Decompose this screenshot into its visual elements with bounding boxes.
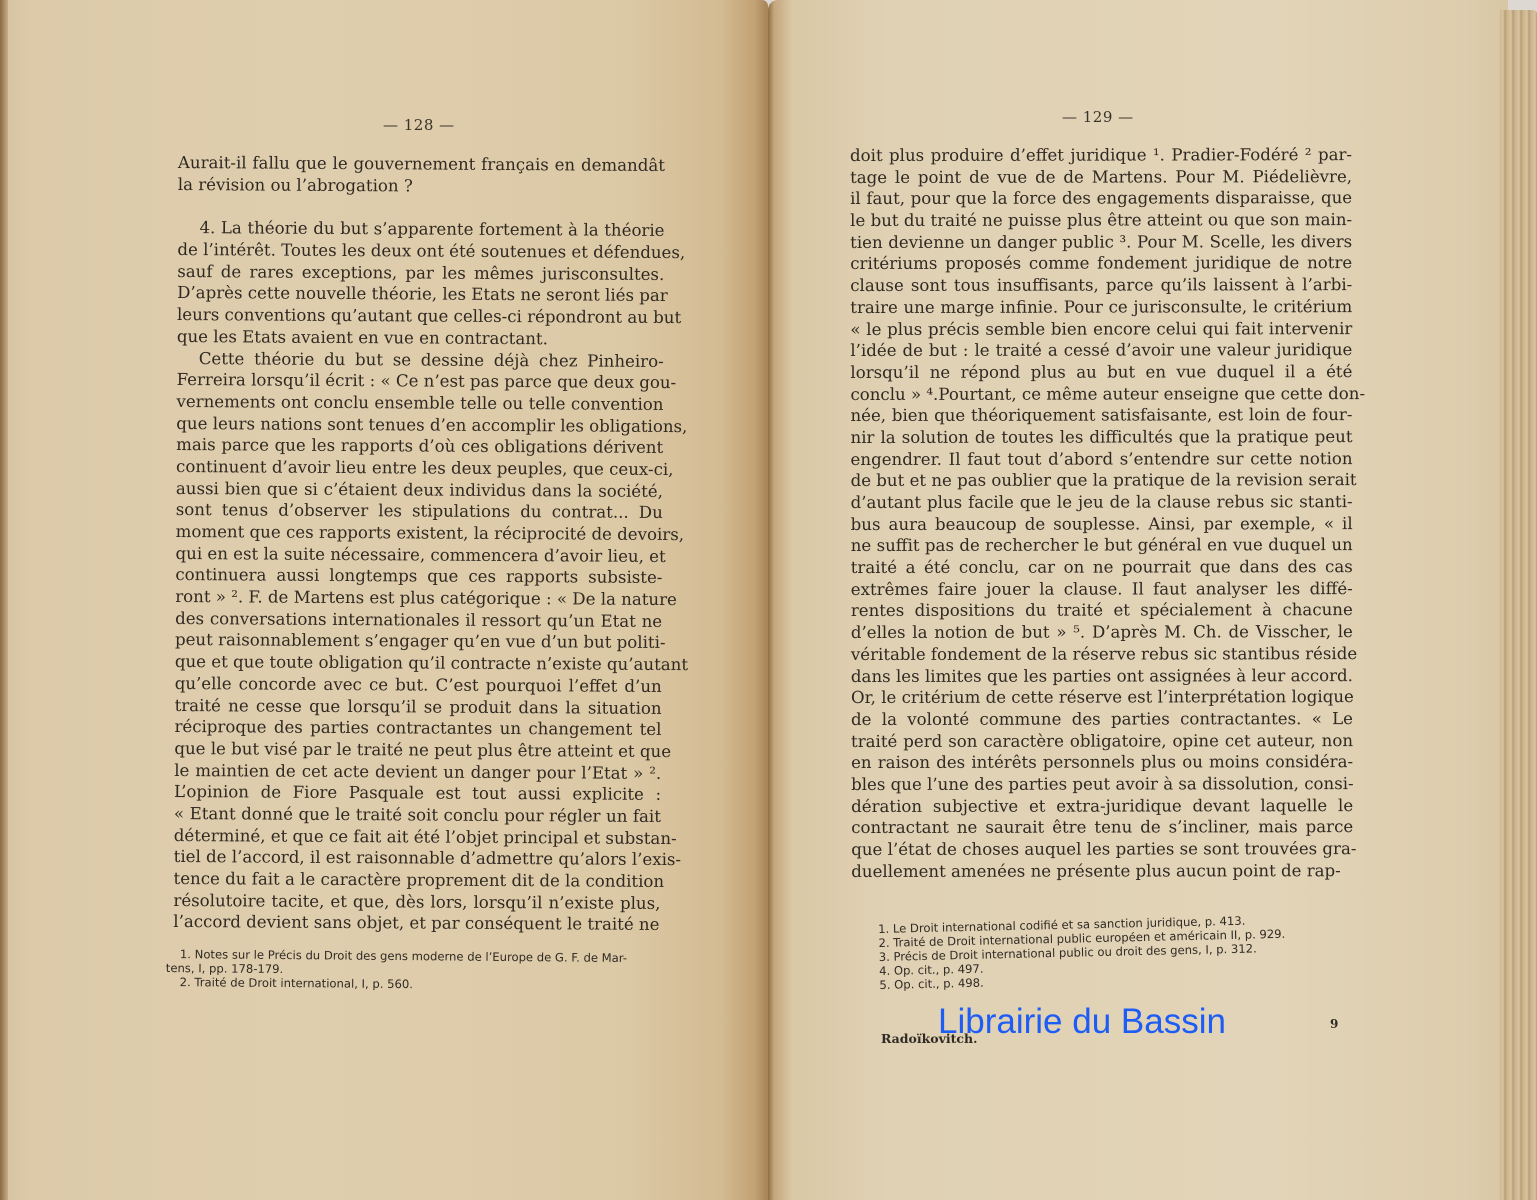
text-line: traire une marge infinie. Pour ce jurisc… xyxy=(850,296,1352,319)
text-line: d’autant plus facile que le jeu de la cl… xyxy=(851,491,1353,514)
signature-author: Radoïkovitch. xyxy=(881,1031,977,1046)
text-line: contractant ne saurait être tenu de s’in… xyxy=(851,816,1353,839)
text-line: moment que ces rapports existent, la réc… xyxy=(176,521,663,546)
text-line: que le but visé par le traité ne peut pl… xyxy=(174,738,661,763)
text-line: le but du traité ne puisse plus être att… xyxy=(850,209,1352,232)
text-line: ront » ². F. de Martens est plus catégor… xyxy=(175,586,662,611)
text-line: extrêmes faire jouer la clause. Il faut … xyxy=(851,578,1353,601)
text-line: traité ne cesse que lorsqu’il se produit… xyxy=(175,694,662,719)
text-line: engendrer. Il faut tout d’abord s’entend… xyxy=(851,448,1353,471)
text-line: l’accord devient sans objet, et par cons… xyxy=(173,911,660,936)
text-line: tage le point de vue de de Martens. Pour… xyxy=(850,166,1352,189)
text-line: sont tenus d’observer les stipulations d… xyxy=(176,499,663,524)
left-page-number: — 128 — xyxy=(383,116,455,134)
text-line: conclu » ⁴.Pourtant, ce même auteur ense… xyxy=(850,383,1352,406)
paragraph-gap xyxy=(178,195,665,220)
text-line: déterminé, et que ce fait ait été l’obje… xyxy=(174,825,661,850)
text-line: mais parce que les rapports d’où ces obl… xyxy=(176,434,663,459)
text-line: « le plus précis semble bien encore celu… xyxy=(850,318,1352,341)
text-line: Aurait-il fallu que le gouvernement fran… xyxy=(178,152,665,177)
text-line: de la volonté commune des parties contra… xyxy=(851,708,1353,731)
text-line: vernements ont conclu ensemble telle ou … xyxy=(176,391,663,416)
text-line: lorsqu’il ne répond plus au but en vue d… xyxy=(850,361,1352,384)
text-line: il faut, pour que la force des engagemen… xyxy=(850,187,1352,210)
text-line: nir la solution de toutes les difficulté… xyxy=(850,426,1352,449)
text-line: de l’intérêt. Toutes les deux ont été so… xyxy=(177,239,664,264)
left-page-body: Aurait-il fallu que le gouvernement fran… xyxy=(173,152,665,936)
text-line: dans les limites que les parties ont ass… xyxy=(851,665,1353,688)
left-page-footnotes: 1. Notes sur le Précis du Droit des gens… xyxy=(166,947,656,993)
text-line: dération subjective et extra-juridique d… xyxy=(851,795,1353,818)
text-line: peut raisonnablement s’engager qu’en vue… xyxy=(175,629,662,654)
text-line: des conversations internationales il res… xyxy=(175,608,662,633)
text-line: ne suffit pas de rechercher le but génér… xyxy=(851,534,1353,557)
text-line: qui en est la suite nécessaire, commence… xyxy=(175,543,662,568)
right-page-footnotes: 1. Le Droit international codifié et sa … xyxy=(878,911,1349,992)
text-line: critériums proposés comme fondement juri… xyxy=(850,253,1352,276)
open-book: — 128 — Aurait-il fallu que le gouvernem… xyxy=(0,0,1537,1200)
text-line: Or, le critérium de cette réserve est l’… xyxy=(851,686,1353,709)
text-line: clause sont tous insuffisants, parce qu’… xyxy=(850,274,1352,297)
text-line: d’elles la notion de but » ⁵. D’après M.… xyxy=(851,621,1353,644)
text-line: bles que l’une des parties peut avoir à … xyxy=(851,773,1353,796)
text-line: que et que toute obligation qu’il contra… xyxy=(175,651,662,676)
text-line: sauf de rares exceptions, par les mêmes … xyxy=(177,261,664,286)
watermark-text: Librairie du Bassin xyxy=(938,1002,1226,1042)
text-line: continuera aussi longtemps que ces rappo… xyxy=(175,564,662,589)
text-line: doit plus produire d’effet juridique ¹. … xyxy=(850,144,1352,167)
text-line: de but et ne pas oublier que la pratique… xyxy=(851,469,1353,492)
text-line: l’idée de but : le traité a cessé d’avoi… xyxy=(850,339,1352,362)
text-line: traité a été conclu, car on ne pourrait … xyxy=(851,556,1353,579)
text-line: L’opinion de Fiore Pasquale est tout aus… xyxy=(174,781,661,806)
text-line: Cette théorie du but se dessine déjà che… xyxy=(177,347,664,372)
text-line: « Etant donné que le traité soit conclu … xyxy=(174,803,661,828)
text-line: tiel de l’accord, il est raisonnable d’a… xyxy=(174,846,661,871)
text-line: continuent d’avoir lieu entre les deux p… xyxy=(176,456,663,481)
text-line: résolutoire tacite, et que, dès lors, lo… xyxy=(173,890,660,915)
right-page-body: doit plus produire d’effet juridique ¹. … xyxy=(850,144,1353,882)
text-line: véritable fondement de la réserve rebus … xyxy=(851,643,1353,666)
text-line: Ferreira lorsqu’il écrit : « Ce n’est pa… xyxy=(177,369,664,394)
left-page-edge xyxy=(0,0,8,1200)
text-line: leurs conventions qu’autant que celles-c… xyxy=(177,304,664,329)
text-line: que les Etats avaient en vue en contract… xyxy=(177,326,664,351)
text-line: la révision ou l’abrogation ? xyxy=(178,174,665,199)
fore-edge-pages xyxy=(1500,10,1537,1200)
text-line: tien devienne un danger public ³. Pour M… xyxy=(850,231,1352,254)
text-line: le maintien de cet acte devient un dange… xyxy=(174,760,661,785)
text-line: en raison des intérêts personnels plus o… xyxy=(851,751,1353,774)
text-line: 4. La théorie du but s’apparente forteme… xyxy=(177,217,664,242)
text-line: aussi bien que si c’étaient deux individ… xyxy=(176,478,663,503)
text-line: tence du fait a le caractère proprement … xyxy=(173,868,660,893)
text-line: que l’état de choses auquel les parties … xyxy=(851,838,1353,861)
right-page-number: — 129 — xyxy=(1062,108,1134,126)
text-line: que leurs nations sont tenues d’en accom… xyxy=(176,413,663,438)
text-line: qu’elle concorde avec ce but. C’est pour… xyxy=(175,673,662,698)
text-line: bus aura beaucoup de souplesse. Ainsi, p… xyxy=(851,513,1353,536)
text-line: D’après cette nouvelle théorie, les Etat… xyxy=(177,282,664,307)
text-line: réciproque des parties contractantes un … xyxy=(174,716,661,741)
text-line: née, bien que théoriquement satisfaisant… xyxy=(850,404,1352,427)
text-line: duellement amenées ne présente plus aucu… xyxy=(851,860,1353,883)
text-line: rentes dispositions du traité et spécial… xyxy=(851,600,1353,623)
signature-number: 9 xyxy=(1330,1017,1338,1031)
text-line: traité perd son caractère obligatoire, o… xyxy=(851,730,1353,753)
